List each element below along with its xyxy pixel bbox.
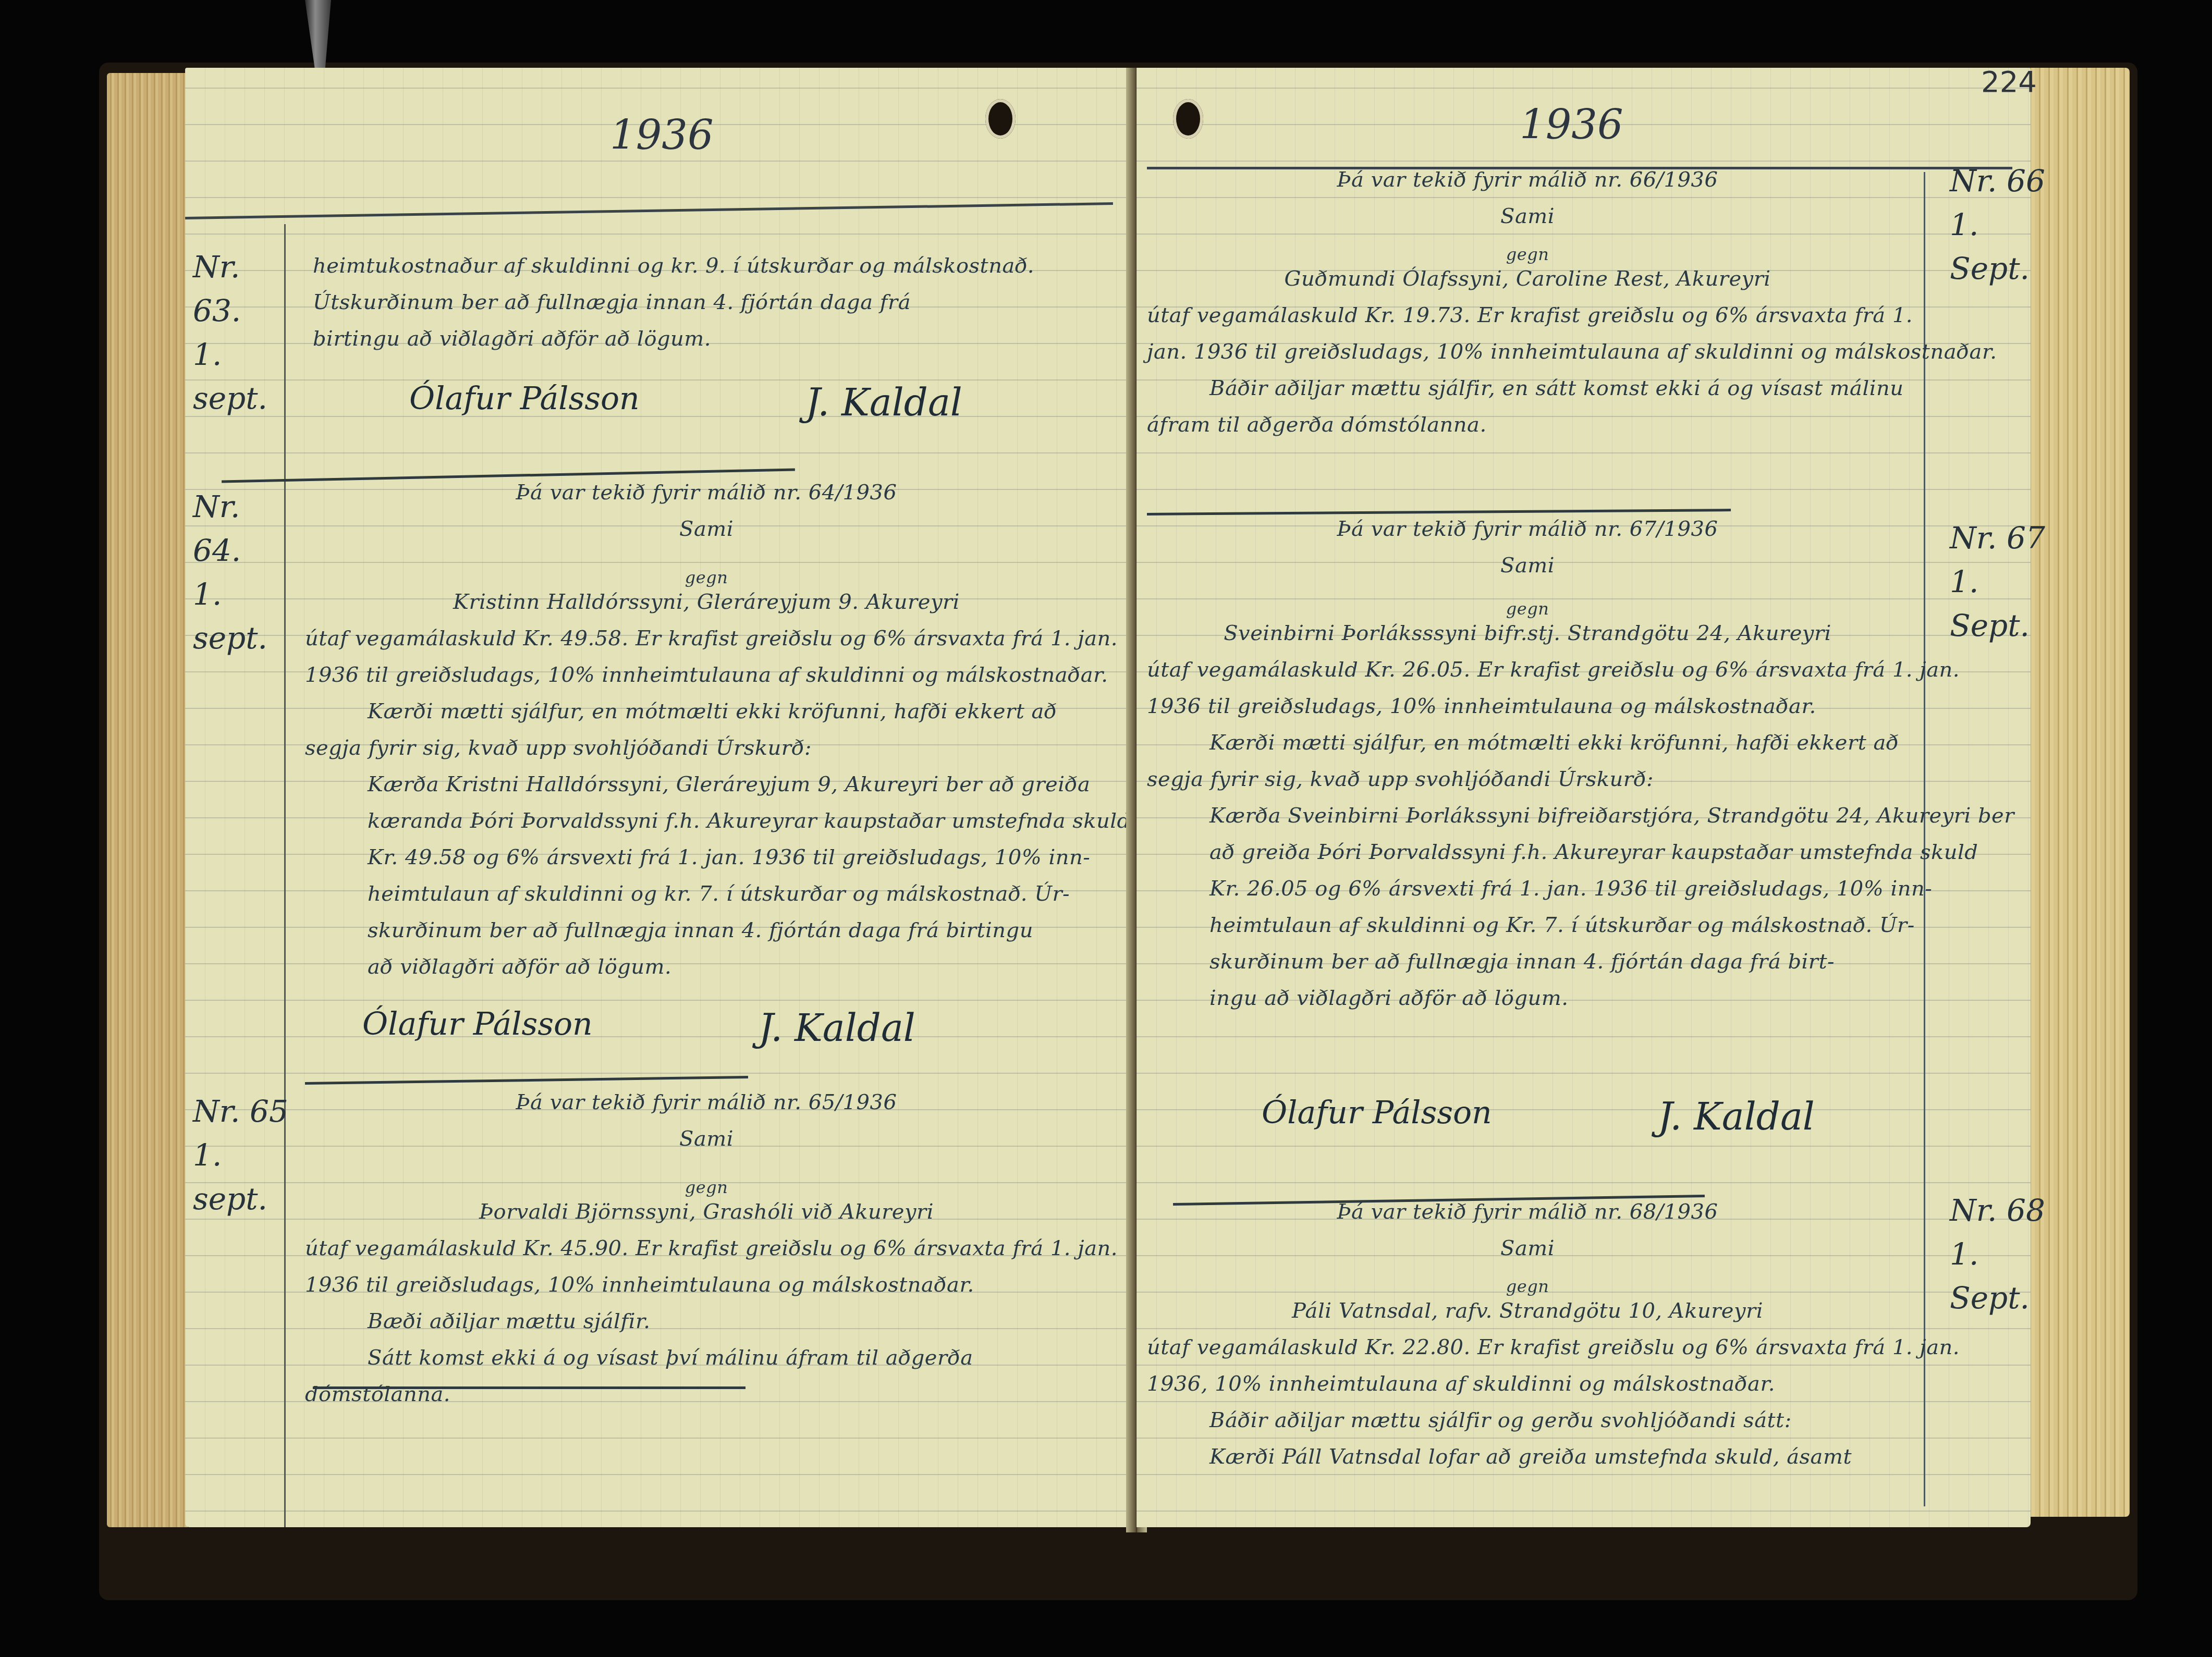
entry-line: skurðinum ber að fullnægja innan 4. fjór… — [1147, 943, 1908, 980]
case-date: 1. Sept. — [1950, 1232, 2054, 1320]
entry-line: Kærði mætti sjálfur, en mótmælti ekki kr… — [1147, 725, 1908, 761]
entry-line: útaf vegamálaskuld Kr. 22.80. Er krafist… — [1147, 1329, 1908, 1366]
entry-line: áfram til aðgerða dómstólanna. — [1147, 407, 1908, 443]
case-date: 1. sept. — [193, 1133, 297, 1221]
entry-line: skurðinum ber að fullnægja innan 4. fjór… — [305, 912, 1108, 949]
case-date: 1. Sept. — [1950, 203, 2054, 290]
header-rule — [185, 202, 1113, 219]
entry-line: útaf vegamálaskuld Kr. 45.90. Er krafist… — [305, 1230, 1108, 1267]
page-number: 224 — [1981, 65, 2037, 99]
right-year-heading: 1936 — [1520, 102, 1623, 149]
entry-line: kæranda Þóri Þorvaldssyni f.h. Akureyrar… — [305, 803, 1108, 839]
case-number: Nr. 66 — [1950, 159, 2054, 203]
case-date: 1. sept. — [193, 333, 297, 420]
signature-witness: J. Kaldal — [805, 381, 962, 424]
entry-line: heimtukostnaður af skuldinni og kr. 9. í… — [313, 248, 1034, 284]
entry-heading: Þá var tekið fyrir málið nr. 64/1936 — [305, 474, 1108, 511]
party-defendant: Guðmundi Ólafssyni, Caroline Rest, Akure… — [1147, 261, 1908, 297]
entry-heading: Þá var tekið fyrir málið nr. 68/1936 — [1147, 1194, 1908, 1230]
punch-hole-icon — [1173, 99, 1203, 139]
left-page: 1936 Nr. 63. 1. sept. heimtukostnaður af… — [185, 68, 1134, 1527]
page-edges-left — [107, 73, 188, 1527]
party-defendant: Þorvaldi Björnssyni, Grashóli við Akurey… — [305, 1194, 1108, 1230]
entry-67-margin: Nr. 67 1. Sept. — [1950, 516, 2054, 647]
signature-judge: Ólafur Pálsson — [409, 381, 640, 417]
entry-line: jan. 1936 til greiðsludags, 10% innheimt… — [1147, 334, 1908, 370]
entry-line: segja fyrir sig, kvað upp svohljóðandi Ú… — [305, 730, 1108, 766]
party-defendant: Sveinbirni Þorláksssyni bifr.stj. Strand… — [1147, 615, 1908, 652]
case-number: Nr. 68 — [1950, 1188, 2054, 1232]
entry-64-margin: Nr. 64. 1. sept. — [193, 485, 297, 660]
entry-line: 1936 til greiðsludags, 10% innheimtulaun… — [1147, 688, 1908, 725]
entry-line: 1936, 10% innheimtulauna af skuldinni og… — [1147, 1366, 1908, 1402]
entry-line: heimtulaun af skuldinni og kr. 7. í útsk… — [305, 876, 1108, 912]
entry-heading: Þá var tekið fyrir málið nr. 66/1936 — [1147, 162, 1908, 198]
entry-line: Kr. 49.58 og 6% ársvexti frá 1. jan. 193… — [305, 839, 1108, 876]
left-year-heading: 1936 — [610, 112, 714, 159]
right-page: 1936 224 Nr. 66 1. Sept. Þá var tekið fy… — [1136, 68, 2031, 1527]
entry-line: birtingu að viðlagðri aðför að lögum. — [313, 321, 1034, 357]
entry-63-signatures: Ólafur Pálsson J. Kaldal — [409, 381, 1035, 433]
case-number: Nr. 64. — [193, 485, 297, 572]
signature-witness: J. Kaldal — [759, 1006, 915, 1050]
entry-line: Útskurðinum ber að fullnægja innan 4. fj… — [313, 284, 1034, 321]
entry-divider — [305, 1076, 748, 1085]
entry-67-signatures: Ólafur Pálsson J. Kaldal — [1262, 1095, 1887, 1147]
entry-64-signatures: Ólafur Pálsson J. Kaldal — [362, 1006, 988, 1058]
entry-line: Bæði aðiljar mættu sjálfir. — [305, 1303, 1108, 1340]
case-date: 1. sept. — [193, 572, 297, 660]
entry-line: heimtulaun af skuldinni og Kr. 7. í útsk… — [1147, 907, 1908, 943]
entry-line: Sátt komst ekki á og vísast því málinu á… — [305, 1340, 1108, 1376]
signature-judge: Ólafur Pálsson — [1262, 1095, 1492, 1131]
entry-line: Kærði mætti sjálfur, en mótmælti ekki kr… — [305, 693, 1108, 730]
entry-66-margin: Nr. 66 1. Sept. — [1950, 159, 2054, 290]
entry-line: Kærði Páll Vatnsdal lofar að greiða umst… — [1147, 1439, 1908, 1475]
entry-heading: Þá var tekið fyrir málið nr. 65/1936 — [305, 1084, 1108, 1121]
entry-65-margin: Nr. 65 1. sept. — [193, 1089, 297, 1221]
party-plaintiff: Sami — [1147, 1230, 1908, 1267]
entry-67-text: Þá var tekið fyrir málið nr. 67/1936 Sam… — [1147, 511, 1908, 1016]
entry-line: Báðir aðiljar mættu sjálfir, en sátt kom… — [1147, 370, 1908, 407]
party-defendant: Páli Vatnsdal, rafv. Strandgötu 10, Akur… — [1147, 1293, 1908, 1329]
entry-line: útaf vegamálaskuld Kr. 26.05. Er krafist… — [1147, 652, 1908, 688]
entry-63-margin: Nr. 63. 1. sept. — [193, 245, 297, 420]
party-plaintiff: Sami — [305, 511, 1108, 547]
entry-heading: Þá var tekið fyrir málið nr. 67/1936 — [1147, 511, 1908, 547]
entry-64-text: Þá var tekið fyrir málið nr. 64/1936 Sam… — [305, 474, 1108, 985]
entry-line: 1936 til greiðsludags, 10% innheimtulaun… — [305, 657, 1108, 693]
party-plaintiff: Sami — [1147, 198, 1908, 235]
entry-line: segja fyrir sig, kvað upp svohljóðandi Ú… — [1147, 761, 1908, 797]
entry-line: ingu að viðlagðri aðför að lögum. — [1147, 980, 1908, 1016]
entry-line: dómstólanna. — [305, 1376, 1108, 1413]
entry-line: Kærða Sveinbirni Þorlákssyni bifreiðarst… — [1147, 797, 1908, 834]
entry-68-margin: Nr. 68 1. Sept. — [1950, 1188, 2054, 1320]
entry-line: 1936 til greiðsludags, 10% innheimtulaun… — [305, 1267, 1108, 1303]
party-plaintiff: Sami — [305, 1121, 1108, 1157]
entry-65-text: Þá var tekið fyrir málið nr. 65/1936 Sam… — [305, 1084, 1108, 1413]
case-number: Nr. 63. — [193, 245, 297, 333]
entry-66-text: Þá var tekið fyrir málið nr. 66/1936 Sam… — [1147, 162, 1908, 443]
entry-line: Kærða Kristni Halldórssyni, Gleráreyjum … — [305, 766, 1108, 803]
entry-line: útaf vegamálaskuld Kr. 49.58. Er krafist… — [305, 620, 1108, 657]
case-number: Nr. 67 — [1950, 516, 2054, 560]
entry-line: að viðlagðri aðför að lögum. — [305, 949, 1108, 985]
signature-witness: J. Kaldal — [1658, 1095, 1815, 1138]
entry-line: Báðir aðiljar mættu sjálfir og gerðu svo… — [1147, 1402, 1908, 1439]
entry-line: að greiða Þóri Þorvaldssyni f.h. Akureyr… — [1147, 834, 1908, 870]
entry-divider — [313, 1386, 746, 1389]
entry-63-text: heimtukostnaður af skuldinni og kr. 9. í… — [313, 248, 1034, 357]
entry-line: Kr. 26.05 og 6% ársvexti frá 1. jan. 193… — [1147, 870, 1908, 907]
signature-judge: Ólafur Pálsson — [362, 1006, 593, 1042]
case-number: Nr. 65 — [193, 1089, 297, 1133]
party-plaintiff: Sami — [1147, 547, 1908, 584]
entry-line: útaf vegamálaskuld Kr. 19.73. Er krafist… — [1147, 297, 1908, 334]
punch-hole-icon — [985, 99, 1016, 139]
case-date: 1. Sept. — [1950, 560, 2054, 647]
entry-68-text: Þá var tekið fyrir málið nr. 68/1936 Sam… — [1147, 1194, 1908, 1475]
party-defendant: Kristinn Halldórssyni, Gleráreyjum 9. Ak… — [305, 584, 1108, 620]
